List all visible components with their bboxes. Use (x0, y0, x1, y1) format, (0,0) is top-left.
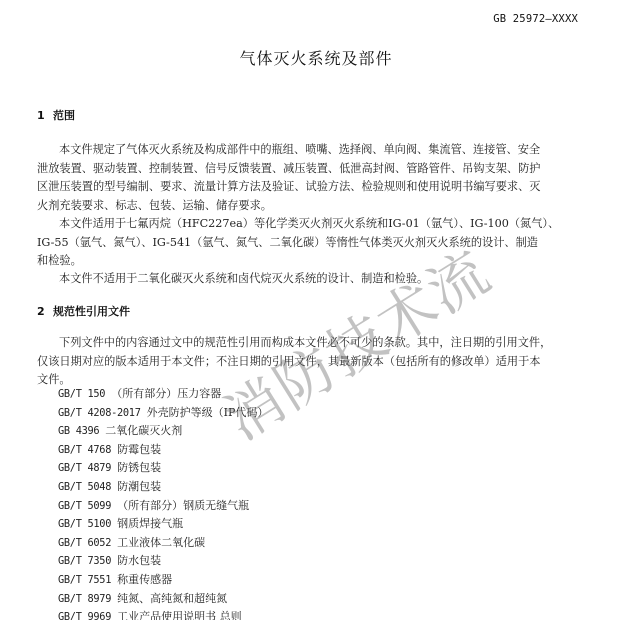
section-1-heading: 1范围 (37, 107, 75, 123)
section-number: 1 (37, 109, 53, 122)
reference-title: 防潮包装 (117, 480, 161, 493)
reference-title: 钢质焊接气瓶 (117, 517, 183, 530)
reference-item: GB/T 5100钢质焊接气瓶 (58, 515, 268, 534)
section-2-heading: 2规范性引用文件 (37, 303, 130, 319)
reference-title: 工业液体二氧化碳 (117, 536, 205, 549)
text-line: 本文件适用于七氟丙烷（HFC227ea）等化学类灭火剂灭火系统和IG-01（氩气… (37, 215, 593, 234)
reference-item: GB/T 7350防水包装 (58, 552, 268, 571)
reference-item: GB/T 4208-2017外壳防护等级（IP代码） (58, 404, 268, 423)
text-line: 本文件不适用于二氧化碳灭火系统和卤代烷灭火系统的设计、制造和检验。 (37, 270, 593, 289)
reference-item: GB/T 7551称重传感器 (58, 571, 268, 590)
reference-title: 工业产品使用说明书 总则 (117, 610, 242, 620)
document-title: 气体灭火系统及部件 (0, 46, 632, 69)
section-number: 2 (37, 305, 53, 318)
scope-paragraph-3: 本文件不适用于二氧化碳灭火系统和卤代烷灭火系统的设计、制造和检验。 (37, 270, 593, 289)
reference-title: 纯氮、高纯氮和超纯氮 (117, 592, 227, 605)
reference-code: GB/T 9969 (58, 611, 111, 620)
text-line: 火剂充装要求、标志、包装、运输、储存要求。 (37, 197, 593, 216)
reference-item: GB/T 4768防霉包装 (58, 441, 268, 460)
scope-paragraph-1: 本文件规定了气体灭火系统及构成部件中的瓶组、喷嘴、选择阀、单向阀、集流管、连接管… (37, 141, 593, 215)
reference-code: GB/T 5100 (58, 518, 111, 530)
reference-title: 二氧化碳灭火剂 (105, 424, 182, 437)
reference-item: GB/T 8979纯氮、高纯氮和超纯氮 (58, 590, 268, 609)
reference-code: GB/T 8979 (58, 593, 111, 605)
reference-title: 外壳防护等级（IP代码） (147, 406, 269, 419)
reference-item: GB/T 6052工业液体二氧化碳 (58, 534, 268, 553)
text-line: 下列文件中的内容通过文中的规范性引用而构成本文件必不可少的条款。其中，注日期的引… (37, 334, 593, 353)
reference-code: GB 4396 (58, 425, 99, 437)
text-line: 仅该日期对应的版本适用于本文件；不注日期的引用文件，其最新版本（包括所有的修改单… (37, 353, 593, 372)
reference-code: GB/T 4208-2017 (58, 407, 141, 419)
reference-title: 防霉包装 (117, 443, 161, 456)
reference-code: GB/T 5099 (58, 500, 111, 512)
scope-paragraph-2: 本文件适用于七氟丙烷（HFC227ea）等化学类灭火剂灭火系统和IG-01（氩气… (37, 215, 593, 271)
text-line: IG-55（氩气、氮气）、IG-541（氩气、氮气、二氧化碳）等惰性气体类灭火剂… (37, 234, 593, 253)
section-title: 范围 (53, 109, 75, 122)
reference-item: GB/T 150（所有部分）压力容器 (58, 385, 268, 404)
reference-item: GB/T 5099（所有部分）钢质无缝气瓶 (58, 497, 268, 516)
text-line: 和检验。 (37, 252, 593, 271)
reference-item: GB 4396二氧化碳灭火剂 (58, 422, 268, 441)
section-title: 规范性引用文件 (53, 305, 130, 318)
reference-code: GB/T 4879 (58, 462, 111, 474)
reference-item: GB/T 9969工业产品使用说明书 总则 (58, 608, 268, 620)
text-line: 本文件规定了气体灭火系统及构成部件中的瓶组、喷嘴、选择阀、单向阀、集流管、连接管… (37, 141, 593, 160)
reference-code: GB/T 150 (58, 388, 105, 400)
document-page: GB 25972—XXXX 气体灭火系统及部件 1范围 本文件规定了气体灭火系统… (0, 0, 632, 620)
reference-title: （所有部分）压力容器 (111, 387, 221, 400)
references-intro-paragraph: 下列文件中的内容通过文中的规范性引用而构成本文件必不可少的条款。其中，注日期的引… (37, 334, 593, 390)
reference-title: （所有部分）钢质无缝气瓶 (117, 499, 249, 512)
text-line: 区泄压装置的型号编制、要求、流量计算方法及验证、试验方法、检验规则和使用说明书编… (37, 178, 593, 197)
reference-title: 防水包装 (117, 554, 161, 567)
normative-references-list: GB/T 150（所有部分）压力容器 GB/T 4208-2017外壳防护等级（… (58, 385, 268, 620)
reference-code: GB/T 6052 (58, 537, 111, 549)
reference-code: GB/T 5048 (58, 481, 111, 493)
reference-item: GB/T 5048防潮包装 (58, 478, 268, 497)
reference-code: GB/T 7350 (58, 555, 111, 567)
text-line: 泄放装置、驱动装置、控制装置、信号反馈装置、减压装置、低泄高封阀、管路管件、吊钩… (37, 160, 593, 179)
reference-title: 称重传感器 (117, 573, 172, 586)
reference-code: GB/T 7551 (58, 574, 111, 586)
standard-number: GB 25972—XXXX (493, 13, 578, 25)
reference-code: GB/T 4768 (58, 444, 111, 456)
reference-item: GB/T 4879防锈包装 (58, 459, 268, 478)
reference-title: 防锈包装 (117, 461, 161, 474)
